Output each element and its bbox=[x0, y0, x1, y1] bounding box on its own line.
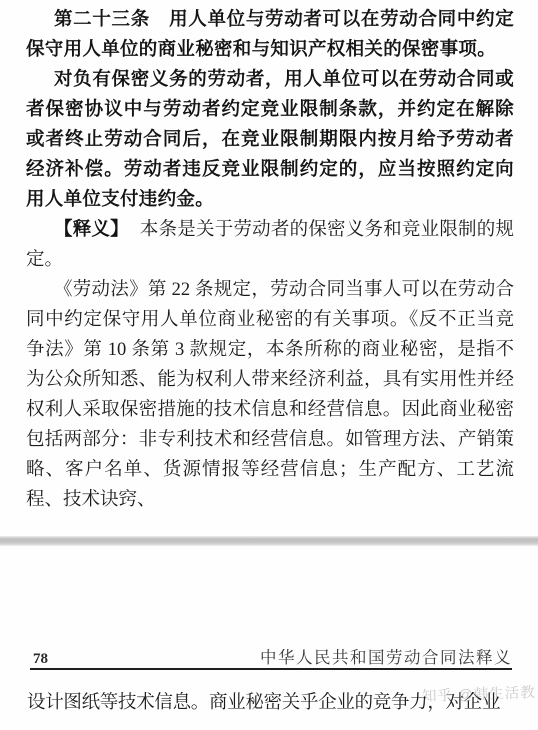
law-article-paragraph-2: 对负有保密义务的劳动者，用人单位可以在劳动合同或者保密协议中与劳动者约定竞业限制… bbox=[26, 64, 514, 214]
page-scan-seam-divider bbox=[0, 536, 538, 546]
footer-horizontal-rule bbox=[30, 668, 512, 670]
shiyi-marker-label: 【释义】 bbox=[54, 218, 129, 239]
interpretation-body-paragraph: 《劳动法》第 22 条规定，劳动合同当事人可以在劳动合同中约定保守用人单位商业秘… bbox=[26, 275, 514, 515]
zhihu-watermark: 知乎 @韩生活教 bbox=[422, 681, 536, 706]
interpretation-lead-paragraph: 【释义】本条是关于劳动者的保密义务和竞业限制的规定。 bbox=[26, 214, 514, 275]
page-footer: 78 中华人民共和国劳动合同法释义 bbox=[33, 644, 512, 668]
page-number: 78 bbox=[33, 651, 48, 668]
law-article-paragraph-1: 第二十三条 用人单位与劳动者可以在劳动合同中约定保守用人单位的商业秘密和与知识产… bbox=[26, 4, 514, 64]
page-body-text: 第二十三条 用人单位与劳动者可以在劳动合同中约定保守用人单位的商业秘密和与知识产… bbox=[26, 4, 514, 515]
scanned-book-page-screenshot: 第二十三条 用人单位与劳动者可以在劳动合同中约定保守用人单位的商业秘密和与知识产… bbox=[0, 0, 538, 730]
running-book-title: 中华人民共和国劳动合同法释义 bbox=[260, 644, 512, 668]
